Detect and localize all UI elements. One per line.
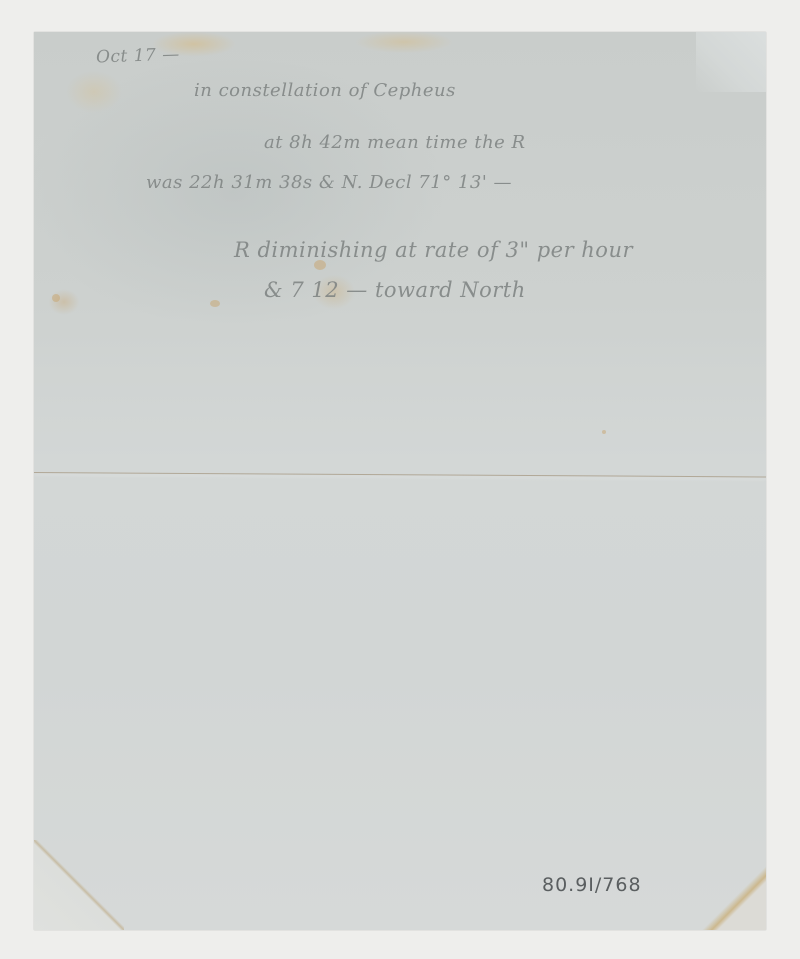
folded-corner-bottom-left xyxy=(34,840,124,930)
foxing-spot xyxy=(210,300,220,307)
handwritten-line-time: at 8h 42m mean time the R xyxy=(264,132,526,153)
foxing-spot xyxy=(52,294,60,302)
document-sheet: Oct 17 — in constellation of Cepheus at … xyxy=(34,32,766,930)
foxing-spot xyxy=(602,430,606,434)
catalog-number: 80.9I/768 xyxy=(542,874,642,896)
handwritten-line-direction: & 7 12 — toward North xyxy=(264,278,526,302)
folded-corner-bottom-right xyxy=(686,850,766,930)
folded-corner-top-right xyxy=(696,32,766,92)
handwritten-line-date: Oct 17 — xyxy=(96,45,180,68)
handwritten-line-constellation: in constellation of Cepheus xyxy=(194,80,456,101)
handwritten-line-coordinates: was 22h 31m 38s & N. Decl 71° 13' — xyxy=(146,172,512,193)
handwritten-line-rate: R diminishing at rate of 3" per hour xyxy=(234,238,633,262)
horizontal-fold-line xyxy=(34,472,766,477)
